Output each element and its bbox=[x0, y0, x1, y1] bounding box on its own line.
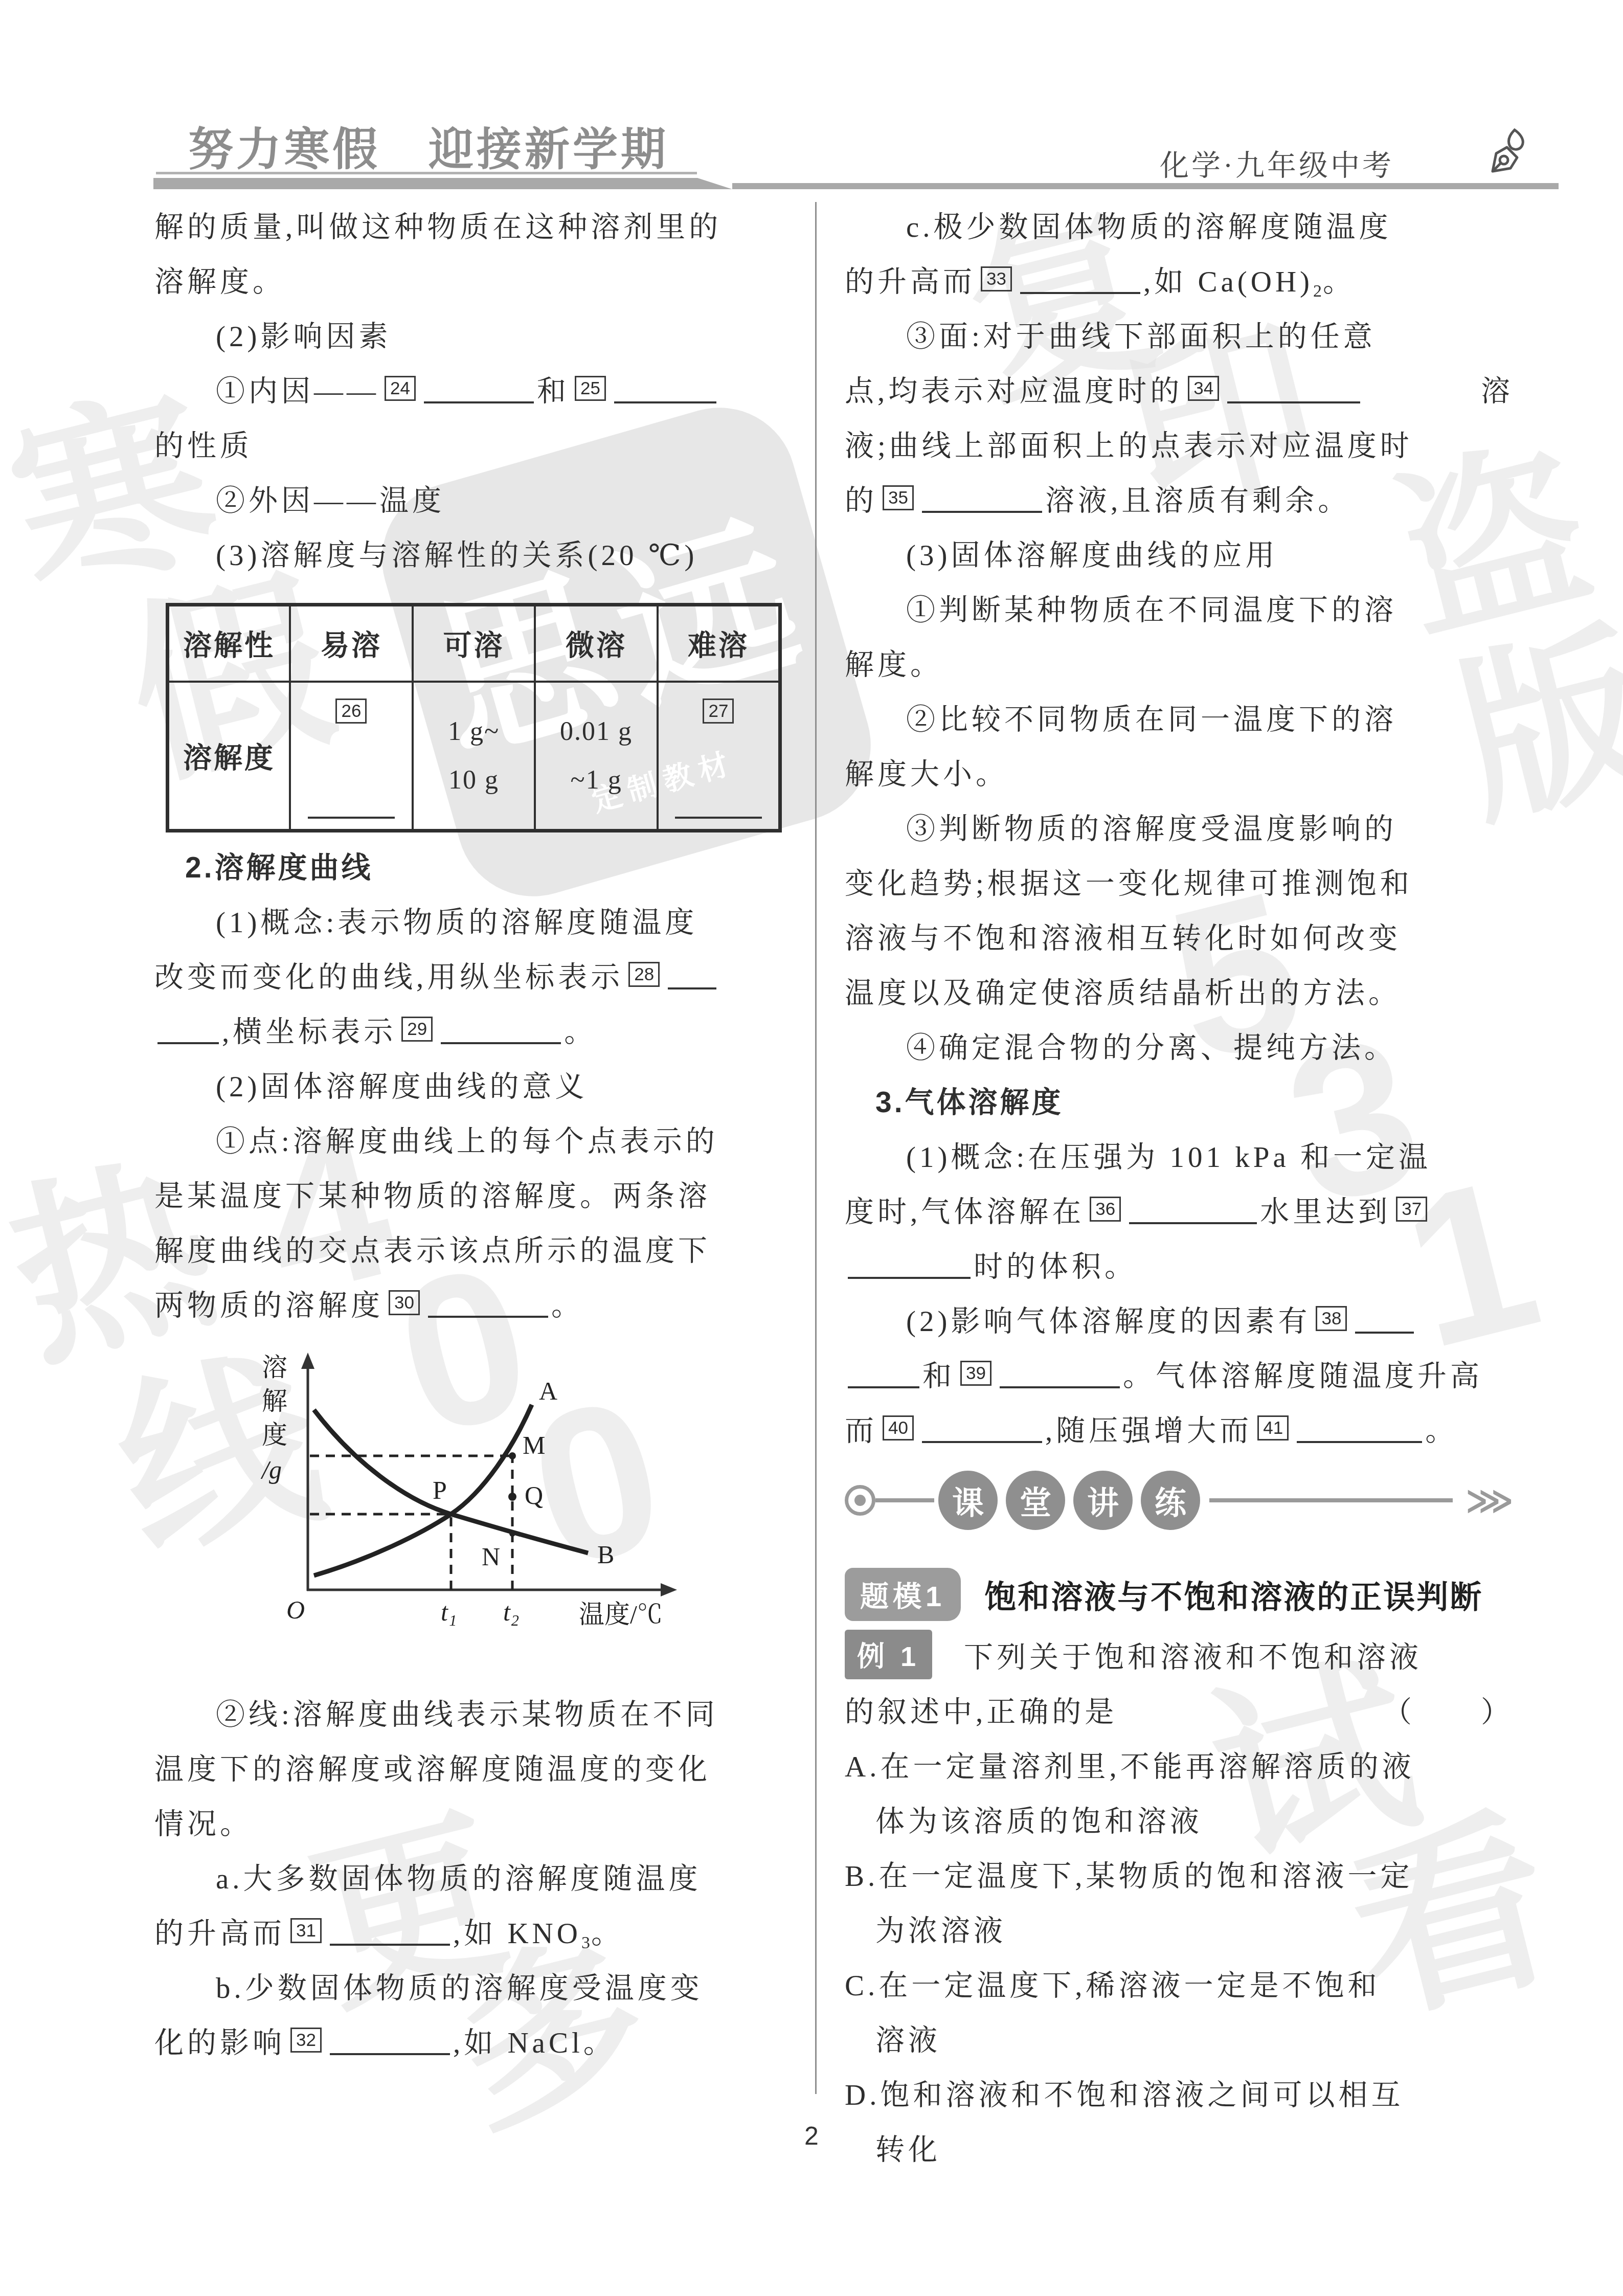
text-run: ①点:溶解度曲线上的每个点表示的 bbox=[216, 1118, 718, 1160]
text-line: ①判断某种物质在不同温度下的溶 bbox=[845, 580, 1514, 635]
table-cell-value: 1 g~ bbox=[414, 707, 534, 756]
topic-model-row: 题模1 饱和溶液与不饱和溶液的正误判断 bbox=[845, 1566, 1514, 1623]
text-run: 时的体积。 bbox=[974, 1243, 1137, 1285]
table-header-cell: 难溶 bbox=[658, 605, 780, 682]
text-run: 。 bbox=[551, 1282, 584, 1324]
text-run: 2.溶解度曲线 bbox=[185, 844, 373, 886]
text-run: (2)固体溶解度曲线的意义 bbox=[216, 1063, 588, 1105]
header-thin-rule bbox=[156, 172, 697, 174]
text-run: 度时,气体溶解在 bbox=[845, 1188, 1085, 1230]
text-line: a.大多数固体物质的溶解度随温度 bbox=[154, 1849, 793, 1903]
text-line: 3.气体溶解度 bbox=[845, 1072, 1514, 1127]
blank-number-box: 29 bbox=[401, 1017, 433, 1042]
section-banner: 课 堂 讲 练 ⋙ bbox=[845, 1467, 1514, 1534]
text-run: 。 bbox=[1323, 258, 1356, 300]
text-run: 溶液与不饱和溶液相互转化时如何改变 bbox=[845, 915, 1401, 957]
blank-number-box: 36 bbox=[1090, 1197, 1121, 1222]
table-row-label: 溶解度 bbox=[168, 682, 290, 831]
banner-ring-icon bbox=[845, 1485, 875, 1516]
text-line: c.极少数固体物质的溶解度随温度 bbox=[845, 197, 1514, 252]
blank-underline bbox=[330, 2053, 450, 2055]
origin-label: O bbox=[286, 1595, 305, 1624]
text-line: ③面:对于曲线下部面积上的任意 bbox=[845, 306, 1514, 361]
blank-number-box: 41 bbox=[1257, 1415, 1289, 1440]
Q-label: Q bbox=[525, 1481, 543, 1510]
example-intro: 下列关于饱和溶液和不饱和溶液 bbox=[964, 1634, 1422, 1676]
blank-number-box: 33 bbox=[981, 266, 1012, 291]
blank-underline bbox=[668, 987, 716, 989]
text-run: 的叙述中,正确的是 bbox=[845, 1689, 1117, 1730]
y-axis-label: 解 bbox=[262, 1387, 287, 1415]
text-line: 解度曲线的交点表示该点所示的温度下 bbox=[154, 1221, 793, 1275]
text-run: 溶液,且溶质有剩余。 bbox=[1045, 477, 1350, 519]
text-run: (2)影响因素 bbox=[216, 313, 391, 355]
text-run: 温度下的溶解度或溶解度随温度的变化 bbox=[154, 1746, 711, 1788]
blank-number-box: 32 bbox=[290, 2028, 322, 2053]
text-run: c.极少数固体物质的溶解度随温度 bbox=[906, 204, 1392, 245]
text-run: 和 bbox=[537, 368, 570, 410]
table-cell-content: 27 bbox=[659, 692, 778, 819]
text-run: ②外因——温度 bbox=[216, 477, 445, 519]
blank-number-box: 25 bbox=[575, 376, 606, 401]
text-run: 的升高而 bbox=[154, 1910, 285, 1952]
blank-number-box: 24 bbox=[385, 376, 416, 401]
table-cell: 0.01 g~1 g bbox=[535, 682, 658, 831]
blank-underline bbox=[330, 1944, 450, 1946]
text-line: 为浓溶液 bbox=[845, 1901, 1514, 1955]
blank-underline bbox=[424, 401, 534, 403]
example-row: 例 1 下列关于饱和溶液和不饱和溶液 bbox=[845, 1627, 1514, 1682]
text-line: 的叙述中,正确的是（ ） bbox=[845, 1682, 1514, 1737]
table-header-cell: 易溶 bbox=[290, 605, 413, 682]
blank-underline bbox=[1227, 401, 1360, 403]
text-run: 是某温度下某种物质的溶解度。两条溶 bbox=[154, 1173, 711, 1214]
banner-circle: 课 bbox=[938, 1471, 998, 1530]
blank-number-box: 40 bbox=[883, 1415, 914, 1440]
table-cell-value: ~1 g bbox=[536, 756, 656, 804]
text-line: ④确定混合物的分离、提纯方法。 bbox=[845, 1018, 1514, 1072]
text-line: 情况。 bbox=[154, 1794, 793, 1849]
text-line: ,横坐标表示29。 bbox=[154, 1002, 793, 1056]
text-line: b.少数固体物质的溶解度受温度变 bbox=[154, 1958, 793, 2013]
text-line: 解的质量,叫做这种物质在这种溶剂里的 bbox=[154, 197, 793, 252]
text-line: (3)固体溶解度曲线的应用 bbox=[845, 525, 1514, 580]
blank-underline bbox=[1000, 1386, 1120, 1388]
y-axis-arrow bbox=[301, 1353, 314, 1369]
text-line: ②线:溶解度曲线表示某物质在不同 bbox=[154, 1684, 793, 1739]
text-line: 点,均表示对应温度时的34溶 bbox=[845, 361, 1514, 416]
text-line: A.在一定量溶剂里,不能再溶解溶质的液 bbox=[845, 1737, 1514, 1791]
blank-underline bbox=[1020, 292, 1140, 294]
text-run: A.在一定量溶剂里,不能再溶解溶质的液 bbox=[845, 1743, 1415, 1785]
solubility-curve-chart: 溶 解 度 /g O t₁ t₂ 温度/℃ A B M Q N P bbox=[185, 1344, 727, 1651]
blank-underline bbox=[848, 1277, 971, 1279]
text-line: ①点:溶解度曲线上的每个点表示的 bbox=[154, 1111, 793, 1166]
text-line: (1)概念:表示物质的溶解度随温度 bbox=[154, 892, 793, 947]
text-line: ②比较不同物质在同一温度下的溶 bbox=[845, 689, 1514, 744]
text-run: （ ） bbox=[1383, 1689, 1514, 1730]
y-axis-unit: /g bbox=[260, 1455, 282, 1484]
banner-circle: 练 bbox=[1141, 1471, 1200, 1530]
page-title: 努力寒假 迎接新学期 bbox=[188, 114, 669, 178]
text-run: 温度以及确定使溶质结晶析出的方法。 bbox=[845, 970, 1401, 1011]
text-line: (2)影响气体溶解度的因素有38 bbox=[845, 1291, 1514, 1346]
blank-number-box: 39 bbox=[960, 1361, 991, 1386]
table-cell-value: 10 g bbox=[414, 756, 534, 804]
blank-number-box: 27 bbox=[703, 699, 734, 724]
banner-rule bbox=[1209, 1498, 1453, 1502]
text-run: 的 bbox=[845, 477, 877, 519]
text-run: C.在一定温度下,稀溶液一定是不饱和 bbox=[845, 1962, 1381, 2004]
blank-underline bbox=[614, 401, 716, 403]
blank-underline bbox=[308, 817, 395, 819]
text-run: 溶 bbox=[1481, 368, 1514, 410]
text-run: 变化趋势;根据这一变化规律可推测饱和 bbox=[845, 860, 1413, 902]
text-line: (2)影响因素 bbox=[154, 306, 793, 361]
text-run: 体为该溶质的饱和溶液 bbox=[875, 1798, 1203, 1840]
text-run: ①判断某种物质在不同温度下的溶 bbox=[906, 587, 1397, 628]
blank-underline bbox=[157, 1042, 219, 1044]
text-line: ②外因——温度 bbox=[154, 470, 793, 525]
blank-underline bbox=[922, 511, 1042, 513]
right-text-block-2: 的叙述中,正确的是（ ）A.在一定量溶剂里,不能再溶解溶质的液体为该溶质的饱和溶… bbox=[845, 1682, 1514, 2174]
text-run: 。 bbox=[564, 1008, 597, 1050]
text-run: ,如 KNO bbox=[453, 1910, 581, 1952]
page-number: 2 bbox=[0, 2121, 1623, 2151]
text-run: 。 bbox=[1425, 1407, 1458, 1449]
right-text-block-1: c.极少数固体物质的溶解度随温度的升高而33,如 Ca(OH)2。③面:对于曲线… bbox=[845, 197, 1514, 1455]
text-run: 解度大小。 bbox=[845, 751, 1008, 793]
blank-number-box: 28 bbox=[628, 962, 660, 987]
text-run: a.大多数固体物质的溶解度随温度 bbox=[216, 1855, 702, 1897]
point-N bbox=[509, 1530, 515, 1537]
example-badge: 例 1 bbox=[845, 1630, 932, 1679]
text-line: D.饱和溶液和不饱和溶液之间可以相互 bbox=[845, 2065, 1514, 2120]
N-label: N bbox=[482, 1542, 500, 1571]
banner-circle: 堂 bbox=[1006, 1471, 1065, 1530]
blank-number-box: 34 bbox=[1188, 376, 1219, 401]
text-run: (1)概念:在压强为 101 kPa 和一定温 bbox=[906, 1134, 1431, 1176]
x-axis-arrow bbox=[661, 1583, 677, 1596]
point-M bbox=[509, 1452, 516, 1459]
text-line: C.在一定温度下,稀溶液一定是不饱和 bbox=[845, 1955, 1514, 2010]
text-run: 和 bbox=[922, 1353, 955, 1394]
text-run: 溶液 bbox=[875, 2017, 941, 2059]
pen-nib-icon bbox=[1483, 127, 1534, 181]
text-run: 。 bbox=[591, 1910, 624, 1952]
text-line: 和39。气体溶解度随温度升高 bbox=[845, 1346, 1514, 1401]
M-label: M bbox=[523, 1431, 545, 1459]
text-line: 而40,随压强增大而41。 bbox=[845, 1401, 1514, 1455]
text-run: 解的质量,叫做这种物质在这种溶剂里的 bbox=[154, 204, 722, 245]
text-run: ②线:溶解度曲线表示某物质在不同 bbox=[216, 1691, 718, 1733]
blank-number-box: 38 bbox=[1316, 1306, 1347, 1331]
text-run: D.饱和溶液和不饱和溶液之间可以相互 bbox=[845, 2072, 1404, 2113]
banner-circle: 讲 bbox=[1073, 1471, 1133, 1530]
text-line: 2.溶解度曲线 bbox=[154, 838, 793, 892]
blank-underline bbox=[922, 1441, 1042, 1443]
text-line: 两物质的溶解度30。 bbox=[154, 1275, 793, 1330]
text-line: ③判断物质的溶解度受温度影响的 bbox=[845, 799, 1514, 853]
text-run: 点,均表示对应温度时的 bbox=[845, 368, 1183, 410]
text-line: 的性质 bbox=[154, 416, 793, 470]
text-line: (2)固体溶解度曲线的意义 bbox=[154, 1056, 793, 1111]
text-run: 的升高而 bbox=[845, 258, 976, 300]
text-run: B.在一定温度下,某物质的饱和溶液一定 bbox=[845, 1853, 1413, 1895]
left-text-block-1: 解的质量,叫做这种物质在这种溶剂里的溶解度。(2)影响因素①内因——24和25的… bbox=[154, 197, 793, 580]
t2-tick-label: t₂ bbox=[503, 1597, 519, 1626]
text-run: 化的影响 bbox=[154, 2019, 285, 2061]
P-label: P bbox=[433, 1476, 447, 1504]
curve-B bbox=[314, 1410, 588, 1553]
y-axis-label: 度 bbox=[262, 1421, 287, 1449]
text-run: (3)固体溶解度曲线的应用 bbox=[906, 532, 1278, 574]
text-run: 而 bbox=[845, 1407, 877, 1449]
text-run: ②比较不同物质在同一温度下的溶 bbox=[906, 696, 1397, 738]
text-run: ①内因—— bbox=[216, 368, 379, 410]
topic-model-badge: 题模1 bbox=[845, 1568, 961, 1621]
text-line: 的35溶液,且溶质有剩余。 bbox=[845, 470, 1514, 525]
blank-number-box: 35 bbox=[883, 485, 914, 510]
text-line: 温度下的溶解度或溶解度随温度的变化 bbox=[154, 1739, 793, 1794]
blank-underline bbox=[1297, 1441, 1422, 1443]
text-line: ①内因——24和25 bbox=[154, 361, 793, 416]
solubility-curve-figure: 溶 解 度 /g O t₁ t₂ 温度/℃ A B M Q N P bbox=[185, 1344, 793, 1654]
point-Q bbox=[508, 1493, 516, 1501]
text-line: 溶液与不饱和溶液相互转化时如何改变 bbox=[845, 908, 1514, 963]
text-run: 解度。 bbox=[845, 641, 943, 683]
text-line: B.在一定温度下,某物质的饱和溶液一定 bbox=[845, 1846, 1514, 1901]
text-run: 改变而变化的曲线,用纵坐标表示 bbox=[154, 954, 623, 996]
chevrons-icon: ⋙ bbox=[1466, 1481, 1514, 1520]
text-run: ③判断物质的溶解度受温度影响的 bbox=[906, 805, 1397, 847]
text-run: (3)溶解度与溶解性的关系(20 ℃) bbox=[216, 532, 697, 574]
t1-tick-label: t₁ bbox=[441, 1597, 457, 1626]
blank-number-box: 31 bbox=[290, 1918, 322, 1943]
y-axis-label: 溶 bbox=[262, 1353, 287, 1382]
table-header-cell: 溶解性 bbox=[168, 605, 290, 682]
header-band bbox=[153, 178, 732, 189]
table-cell: 27 bbox=[658, 682, 780, 831]
table-cell-value: 0.01 g bbox=[536, 707, 656, 756]
blank-underline bbox=[675, 817, 762, 819]
curve-B-label: B bbox=[597, 1540, 614, 1569]
blank-number-box: 26 bbox=[335, 699, 367, 724]
text-line: 解度大小。 bbox=[845, 744, 1514, 799]
text-run: ,随压强增大而 bbox=[1045, 1407, 1252, 1449]
text-line: 化的影响32,如 NaCl。 bbox=[154, 2013, 793, 2067]
blank-underline bbox=[441, 1042, 561, 1044]
table-cell-content: 26 bbox=[291, 692, 411, 819]
text-line: 溶解度。 bbox=[154, 252, 793, 306]
blank-underline bbox=[428, 1316, 548, 1318]
text-line: (1)概念:在压强为 101 kPa 和一定温 bbox=[845, 1127, 1514, 1182]
text-run: ,如 NaCl。 bbox=[453, 2019, 616, 2061]
workbook-page: 思远 定制教材 寒假热线400更多试看复印盗版531 努力寒假 迎接新学期 化学… bbox=[0, 0, 1623, 2296]
text-line: 是某温度下某种物质的溶解度。两条溶 bbox=[154, 1166, 793, 1221]
right-column: c.极少数固体物质的溶解度随温度的升高而33,如 Ca(OH)2。③面:对于曲线… bbox=[845, 197, 1514, 2174]
text-run: 的性质 bbox=[154, 422, 253, 464]
left-column: 解的质量,叫做这种物质在这种溶剂里的溶解度。(2)影响因素①内因——24和25的… bbox=[154, 197, 793, 2067]
blank-underline bbox=[1355, 1332, 1414, 1334]
blank-underline bbox=[848, 1386, 919, 1388]
header-band-right bbox=[732, 183, 1559, 189]
text-run: 液;曲线上部面积上的点表示对应温度时 bbox=[845, 422, 1413, 464]
text-line: (3)溶解度与溶解性的关系(20 ℃) bbox=[154, 525, 793, 580]
text-line: 时的体积。 bbox=[845, 1236, 1514, 1291]
text-run: (2)影响气体溶解度的因素有 bbox=[906, 1298, 1311, 1340]
subscript: 3 bbox=[581, 1933, 590, 1953]
text-run: 3.气体溶解度 bbox=[875, 1079, 1064, 1121]
table-cell: 26 bbox=[290, 682, 413, 831]
x-axis-label: 温度/℃ bbox=[579, 1600, 663, 1629]
text-line: 的升高而33,如 Ca(OH)2。 bbox=[845, 252, 1514, 306]
text-run: (1)概念:表示物质的溶解度随温度 bbox=[216, 899, 697, 941]
subscript: 2 bbox=[1313, 282, 1322, 301]
column-divider bbox=[815, 202, 817, 2094]
blank-number-box: 37 bbox=[1396, 1197, 1427, 1222]
text-line: 溶液 bbox=[845, 2010, 1514, 2065]
curve-A-label: A bbox=[539, 1377, 557, 1405]
text-run: ,如 Ca(OH) bbox=[1143, 258, 1313, 300]
text-run: 两物质的溶解度 bbox=[154, 1282, 384, 1324]
left-text-block-3: ②线:溶解度曲线表示某物质在不同温度下的溶解度或溶解度随温度的变化情况。a.大多… bbox=[154, 1684, 793, 2067]
text-run: 为浓溶液 bbox=[875, 1907, 1006, 1949]
text-run: b.少数固体物质的溶解度受温度变 bbox=[216, 1965, 703, 2007]
text-run: 解度曲线的交点表示该点所示的温度下 bbox=[154, 1227, 711, 1269]
text-run: 。气体溶解度随温度升高 bbox=[1123, 1353, 1483, 1394]
text-run: ③面:对于曲线下部面积上的任意 bbox=[906, 313, 1376, 355]
text-line: 液;曲线上部面积上的点表示对应温度时 bbox=[845, 416, 1514, 470]
table-header-cell: 可溶 bbox=[413, 605, 535, 682]
blank-number-box: 30 bbox=[389, 1290, 420, 1315]
table-cell: 1 g~10 g bbox=[413, 682, 535, 831]
text-line: 温度以及确定使溶质结晶析出的方法。 bbox=[845, 963, 1514, 1018]
text-line: 变化趋势;根据这一变化规律可推测饱和 bbox=[845, 853, 1514, 908]
text-run: 水里达到 bbox=[1260, 1188, 1391, 1230]
text-run: 溶解度。 bbox=[154, 258, 285, 300]
text-run: ,横坐标表示 bbox=[222, 1008, 396, 1050]
left-text-block-2: 2.溶解度曲线(1)概念:表示物质的溶解度随温度改变而变化的曲线,用纵坐标表示2… bbox=[154, 838, 793, 1330]
text-run: ④确定混合物的分离、提纯方法。 bbox=[906, 1024, 1397, 1066]
topic-model-title: 饱和溶液与不饱和溶液的正误判断 bbox=[984, 1572, 1483, 1617]
text-line: 度时,气体溶解在36水里达到37 bbox=[845, 1182, 1514, 1236]
text-line: 体为该溶质的饱和溶液 bbox=[845, 1791, 1514, 1846]
header-subject: 化学·九年级中考 bbox=[1160, 142, 1394, 184]
solubility-table: 溶解性 易溶 可溶 微溶 难溶 溶解度 26 1 g~10 g 0.01 g~1… bbox=[166, 603, 782, 832]
text-line: 改变而变化的曲线,用纵坐标表示28 bbox=[154, 947, 793, 1002]
text-line: 解度。 bbox=[845, 635, 1514, 689]
table-header-cell: 微溶 bbox=[535, 605, 658, 682]
text-line: 的升高而31,如 KNO3。 bbox=[154, 1903, 793, 1958]
blank-underline bbox=[1129, 1222, 1257, 1224]
text-run: 情况。 bbox=[154, 1800, 253, 1842]
banner-rule bbox=[875, 1498, 934, 1502]
